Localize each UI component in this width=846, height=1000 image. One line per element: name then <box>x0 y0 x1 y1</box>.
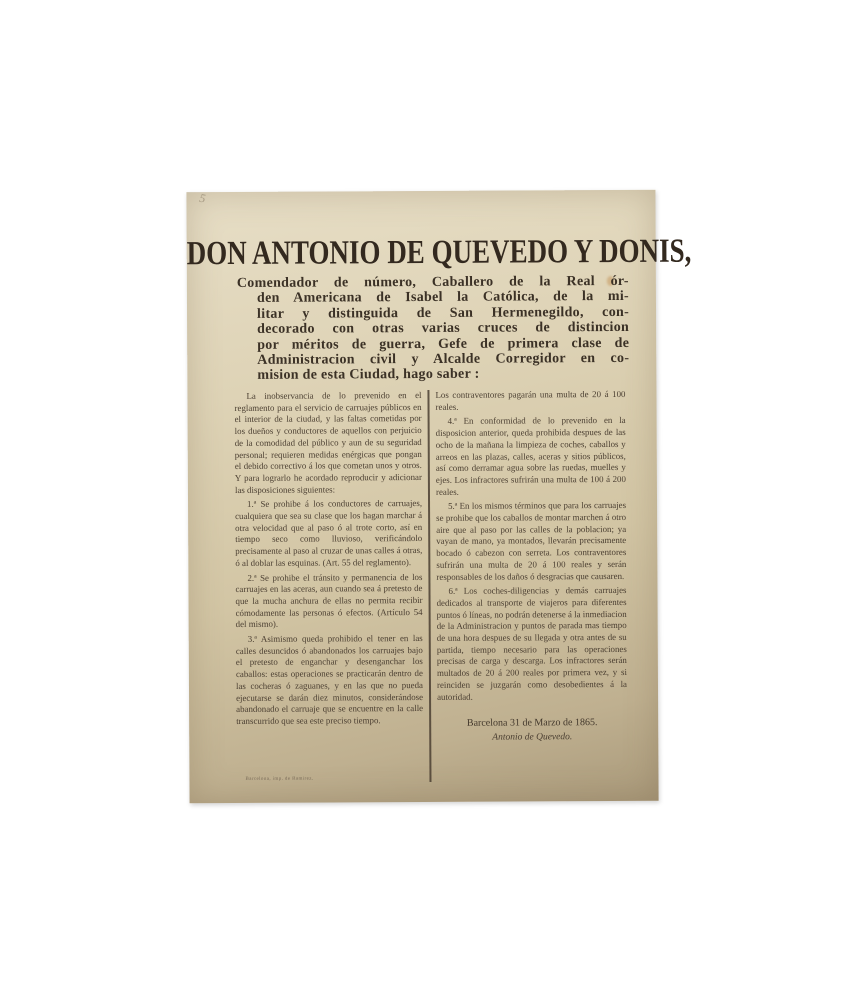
subtitle-line: den Americana de Isabel la Católica, de … <box>237 289 629 306</box>
left-column: La inobservancia de lo prevenido en el r… <box>234 390 423 783</box>
poster-title: DON ANTONIO DE QUEVEDO Y DONIS, <box>187 232 656 273</box>
printer-imprint: Barcelona, imp. de Ramirez. <box>245 777 313 782</box>
broadside-poster: 5 DON ANTONIO DE QUEVEDO Y DONIS, Comend… <box>186 190 658 803</box>
body-paragraph: 5.ª En los mismos términos que para los … <box>436 500 626 583</box>
signature: Antonio de Quevedo. <box>437 732 627 745</box>
dateline: Barcelona 31 de Marzo de 1865. <box>437 717 627 730</box>
subtitle-line: mision de esta Ciudad, hago saber : <box>237 366 629 383</box>
subtitle-line: decorado con otras varias cruces de dist… <box>237 320 629 337</box>
body-paragraph: 6.ª Los coches-diligencias y demás carru… <box>436 585 627 703</box>
poster-subtitle: Comendador de número, Caballero de la Re… <box>237 274 630 384</box>
body-paragraph: Los contraventores pagarán una multa de … <box>435 389 625 413</box>
body-paragraph: La inobservancia de lo prevenido en el r… <box>234 390 422 496</box>
body-paragraph: 1.ª Se prohibe á los conductores de carr… <box>235 498 422 569</box>
photo-background: 5 DON ANTONIO DE QUEVEDO Y DONIS, Comend… <box>0 0 846 1000</box>
body-paragraph: 4.ª En conformidad de lo prevenido en la… <box>436 415 626 498</box>
column-divider-rule <box>427 390 431 782</box>
handwritten-mark: 5 <box>198 191 206 207</box>
subtitle-line: Administracion civil y Alcalde Corregido… <box>237 351 629 368</box>
body-paragraph: 3.ª Asimismo queda prohibido el tener en… <box>236 633 423 728</box>
body-columns: La inobservancia de lo prevenido en el r… <box>234 389 628 783</box>
right-column: Los contraventores pagarán una multa de … <box>435 389 627 782</box>
right-column-paragraphs: Los contraventores pagarán una multa de … <box>435 389 627 706</box>
body-paragraph: 2.ª Se prohibe el tránsito y permanencia… <box>235 572 422 631</box>
